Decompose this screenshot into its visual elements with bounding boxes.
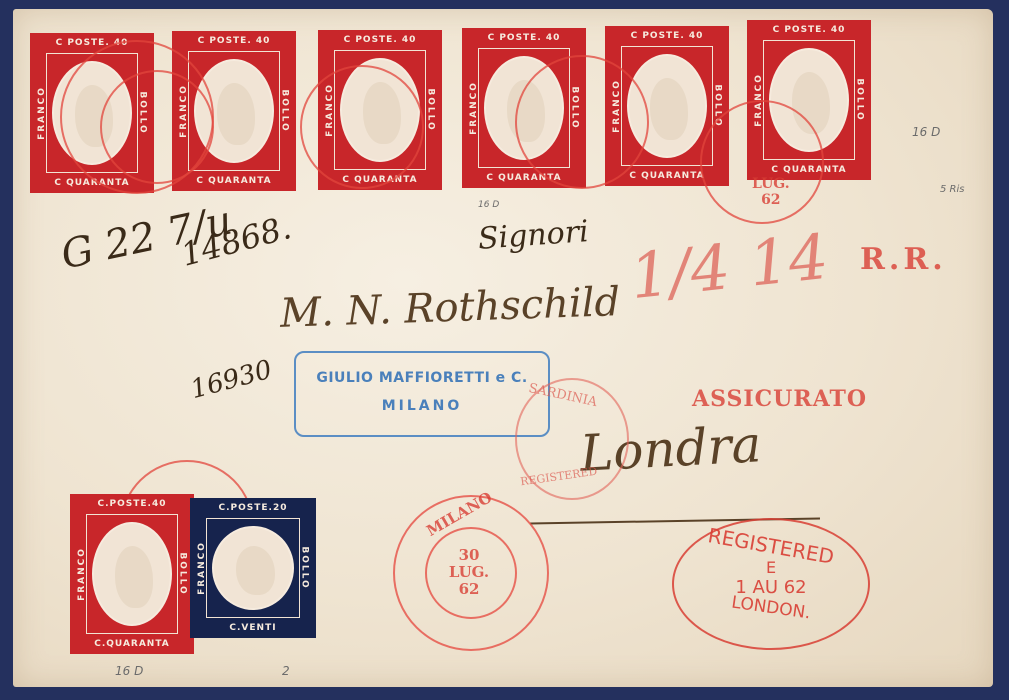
postage-stamp: C.POSTE.20C.VENTIFRANCOBOLLO <box>190 498 316 638</box>
sender-city: MILANO <box>296 398 548 414</box>
cds-year: 62 <box>752 192 790 208</box>
stamp-left-text: FRANCO <box>197 541 207 595</box>
milano-cds-date: 30 LUG. 62 <box>439 547 499 598</box>
postmark-circle <box>100 70 214 184</box>
cds-month: LUG. <box>752 176 790 192</box>
sender-name: GIULIO MAFFIORETTI e C. <box>296 370 548 386</box>
stamp-right-text: BOLLO <box>177 552 187 595</box>
cds-month: LUG. <box>439 564 499 581</box>
stamp-bottom-text: C QUARANTA <box>172 176 296 186</box>
stamp-top-text: C.POSTE.20 <box>190 503 316 513</box>
postmark-circle <box>300 65 424 189</box>
stamp-right-text: BOLLO <box>299 546 309 589</box>
stamp-top-text: C.POSTE.40 <box>70 499 194 509</box>
milano-cds: MILANO 30 LUG. 62 <box>393 495 549 651</box>
postmark-circle <box>515 55 649 189</box>
rr-handstamp: R.R. <box>860 242 947 277</box>
pencil-note-bottom-left: 16 D <box>115 664 143 678</box>
pencil-note-bottom-blue: 2 <box>282 664 290 678</box>
stamp-oval <box>92 522 172 626</box>
stamp-right-text: BOLLO <box>279 89 289 132</box>
stamp-right-text: BOLLO <box>854 78 864 121</box>
stamp-oval <box>212 526 294 610</box>
registered-london-handstamp: REGISTERED E 1 AU 62 LONDON. <box>672 518 870 650</box>
stamp-top-text: C POSTE. 40 <box>747 25 871 35</box>
cds-year: 62 <box>439 581 499 598</box>
postage-stamp: C.POSTE.40C.QUARANTAFRANCOBOLLO <box>70 494 194 654</box>
assicurato-handstamp: ASSICURATO <box>692 386 867 412</box>
pencil-note-bracket: 5 Ris <box>940 184 964 195</box>
top-cds-date: LUG. 62 <box>752 176 790 208</box>
stamp-left-text: FRANCO <box>37 86 47 140</box>
stamp-right-text: BOLLO <box>425 88 435 131</box>
stamp-left-text: FRANCO <box>77 547 87 601</box>
stamp-left-text: FRANCO <box>469 81 479 135</box>
stamp-bottom-text: C.QUARANTA <box>70 639 194 649</box>
stamp-top-text: C POSTE. 40 <box>172 36 296 46</box>
stamp-top-text: C POSTE. 40 <box>318 35 442 45</box>
pencil-note-near-signori: 16 D <box>478 200 499 210</box>
stamp-top-text: C POSTE. 40 <box>462 33 586 43</box>
stamp-bottom-text: C.VENTI <box>190 623 316 633</box>
stamp-top-text: C POSTE. 40 <box>605 31 729 41</box>
cds-day: 30 <box>439 547 499 564</box>
sender-handstamp: GIULIO MAFFIORETTI e C. MILANO <box>294 351 550 437</box>
pencil-note-top-right: 16 D <box>912 125 940 139</box>
